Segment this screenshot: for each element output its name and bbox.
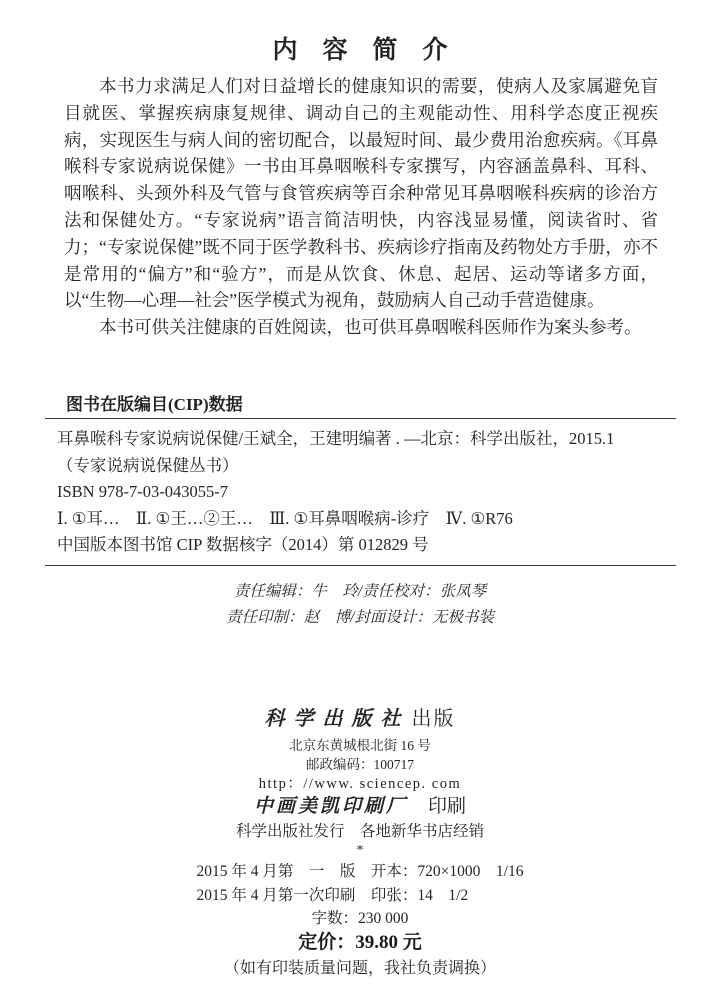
divider-line (45, 565, 676, 566)
printing-line: 2015 年 4 月第一次印刷 印张：14 1/2 (197, 884, 524, 908)
credit-editors-line: 责任编辑：牛 玲/责任校对：张凤琴 (0, 579, 720, 605)
cip-series-line: （专家说病说保健丛书） (57, 457, 679, 474)
postal-code: 邮政编码：100717 (0, 755, 720, 774)
separator-asterisk: * (0, 843, 720, 859)
cip-data-block: 耳鼻喉科专家说病说保健/王斌全，王建明编著 . —北京：科学出版社，2015.1… (57, 430, 679, 563)
publisher-suffix: 出版 (412, 708, 456, 730)
distribution-line: 科学出版社发行 各地新华书店经销 (0, 821, 720, 842)
printer-name: 中画美凯印刷厂 (254, 796, 408, 817)
price-line: 定价：39.80 元 (0, 931, 720, 955)
content-summary-title: 内 容 简 介 (0, 30, 720, 66)
word-count-line: 字数：230 000 (0, 908, 720, 929)
printer-line: 中画美凯印刷厂印刷 (0, 795, 720, 818)
content-summary-body: 本书力求满足人们对日益增长的健康知识的需要，使病人及家属避免盲目就医、掌握疾病康… (64, 73, 658, 341)
edition-line: 2015 年 4 月第 一 版 开本：720×1000 1/16 (197, 860, 524, 884)
printer-suffix: 印刷 (428, 796, 466, 817)
quality-note-line: （如有印装质量问题，我社负责调换） (0, 958, 720, 980)
colophon: 科学出版社出版 北京东黄城根北街 16 号 邮政编码：100717 http：/… (0, 706, 720, 980)
credit-production-line: 责任印制：赵 博/封面设计：无极书装 (0, 605, 720, 631)
cip-record-number-line: 中国版本图书馆 CIP 数据核字（2014）第 012829 号 (57, 536, 679, 553)
intro-paragraph: 本书力求满足人们对日益增长的健康知识的需要，使病人及家属避免盲目就医、掌握疾病康… (64, 73, 658, 314)
intro-paragraph: 本书可供关注健康的百姓阅读，也可供耳鼻咽喉科医师作为案头参考。 (64, 314, 658, 341)
publisher-line: 科学出版社出版 (0, 706, 720, 732)
publisher-url: http：//www. sciencep. com (0, 774, 720, 794)
staff-credits: 责任编辑：牛 玲/责任校对：张凤琴 责任印制：赵 博/封面设计：无极书装 (0, 579, 720, 630)
cip-isbn-line: ISBN 978-7-03-043055-7 (57, 483, 679, 500)
cip-classification-line: Ⅰ. ①耳… Ⅱ. ①王…②王… Ⅲ. ①耳鼻咽喉病-诊疗 Ⅳ. ①R76 (57, 510, 679, 527)
cip-section-header: 图书在版编目(CIP)数据 (66, 390, 243, 415)
publisher-address: 北京东黄城根北街 16 号 (0, 736, 720, 755)
edition-info-block: 2015 年 4 月第 一 版 开本：720×1000 1/16 2015 年 … (0, 860, 720, 908)
publisher-name: 科学出版社 (265, 708, 410, 730)
cip-title-line: 耳鼻喉科专家说病说保健/王斌全，王建明编著 . —北京：科学出版社，2015.1 (57, 430, 679, 447)
divider-line (45, 418, 676, 419)
book-copyright-page: 内 容 简 介 本书力求满足人们对日益增长的健康知识的需要，使病人及家属避免盲目… (0, 0, 720, 1000)
